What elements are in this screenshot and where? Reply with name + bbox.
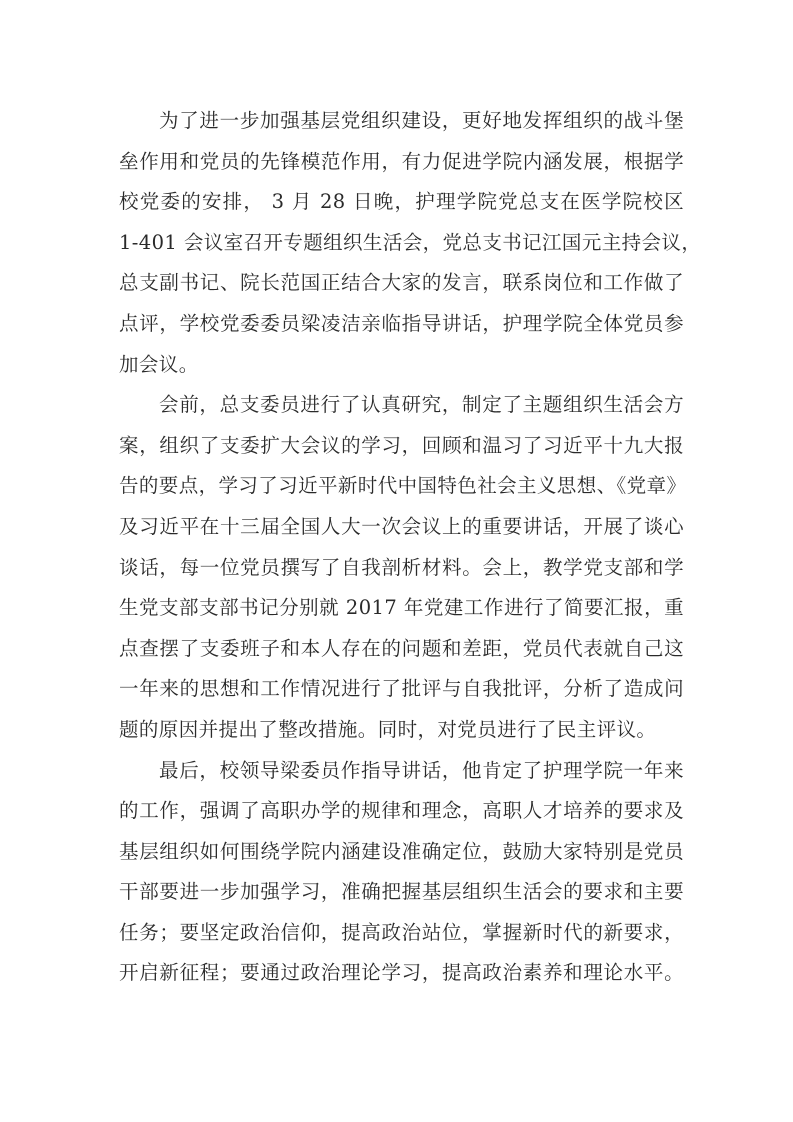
text-line: 案，组织了支委扩大会议的学习，回顾和温习了习近平十九大报 bbox=[119, 426, 684, 467]
document-page: 为了进一步加强基层党组织建设，更好地发挥组织的战斗堡 垒作用和党员的先锋模范作用… bbox=[119, 101, 684, 994]
text-line: 任务；要坚定政治信仰，提高政治站位，掌握新时代的新要求， bbox=[119, 913, 684, 954]
text-line: 校党委的安排， 3 月 28 日晚，护理学院党总支在医学院校区 bbox=[119, 182, 684, 223]
text-line: 生党支部支部书记分别就 2017 年党建工作进行了简要汇报，重 bbox=[119, 588, 684, 629]
text-line: 垒作用和党员的先锋模范作用，有力促进学院内涵发展，根据学 bbox=[119, 142, 684, 183]
text-line: 基层组织如何围绕学院内涵建设准确定位，鼓励大家特别是党员 bbox=[119, 832, 684, 873]
text-line: 会前，总支委员进行了认真研究，制定了主题组织生活会方 bbox=[119, 385, 684, 426]
text-line: 及习近平在十三届全国人大一次会议上的重要讲话，开展了谈心 bbox=[119, 507, 684, 548]
text-line: 点查摆了支委班子和本人存在的问题和差距，党员代表就自己这 bbox=[119, 629, 684, 670]
paragraph-intro: 为了进一步加强基层党组织建设，更好地发挥组织的战斗堡 垒作用和党员的先锋模范作用… bbox=[119, 101, 684, 385]
text-line: 1-401 会议室召开专题组织生活会，党总支书记江国元主持会议， bbox=[119, 223, 684, 264]
paragraph-conclusion: 最后，校领导梁委员作指导讲话，他肯定了护理学院一年来 的工作，强调了高职办学的规… bbox=[119, 751, 684, 995]
text-line: 的工作，强调了高职办学的规律和理念，高职人才培养的要求及 bbox=[119, 791, 684, 832]
text-line: 题的原因并提出了整改措施。同时，对党员进行了民主评议。 bbox=[119, 710, 684, 751]
text-line: 加会议。 bbox=[119, 345, 684, 386]
text-line: 谈话，每一位党员撰写了自我剖析材料。会上，教学党支部和学 bbox=[119, 548, 684, 589]
text-line: 最后，校领导梁委员作指导讲话，他肯定了护理学院一年来 bbox=[119, 751, 684, 792]
text-line: 开启新征程；要通过政治理论学习，提高政治素养和理论水平。 bbox=[119, 953, 684, 994]
text-line: 总支副书记、院长范国正结合大家的发言，联系岗位和工作做了 bbox=[119, 263, 684, 304]
text-line: 干部要进一步加强学习，准确把握基层组织生活会的要求和主要 bbox=[119, 872, 684, 913]
text-line: 为了进一步加强基层党组织建设，更好地发挥组织的战斗堡 bbox=[119, 101, 684, 142]
paragraph-preparation: 会前，总支委员进行了认真研究，制定了主题组织生活会方 案，组织了支委扩大会议的学… bbox=[119, 385, 684, 750]
text-line: 点评，学校党委委员梁凌洁亲临指导讲话，护理学院全体党员参 bbox=[119, 304, 684, 345]
text-line: 一年来的思想和工作情况进行了批评与自我批评，分析了造成问 bbox=[119, 669, 684, 710]
text-line: 告的要点，学习了习近平新时代中国特色社会主义思想、《党章》 bbox=[119, 466, 684, 507]
